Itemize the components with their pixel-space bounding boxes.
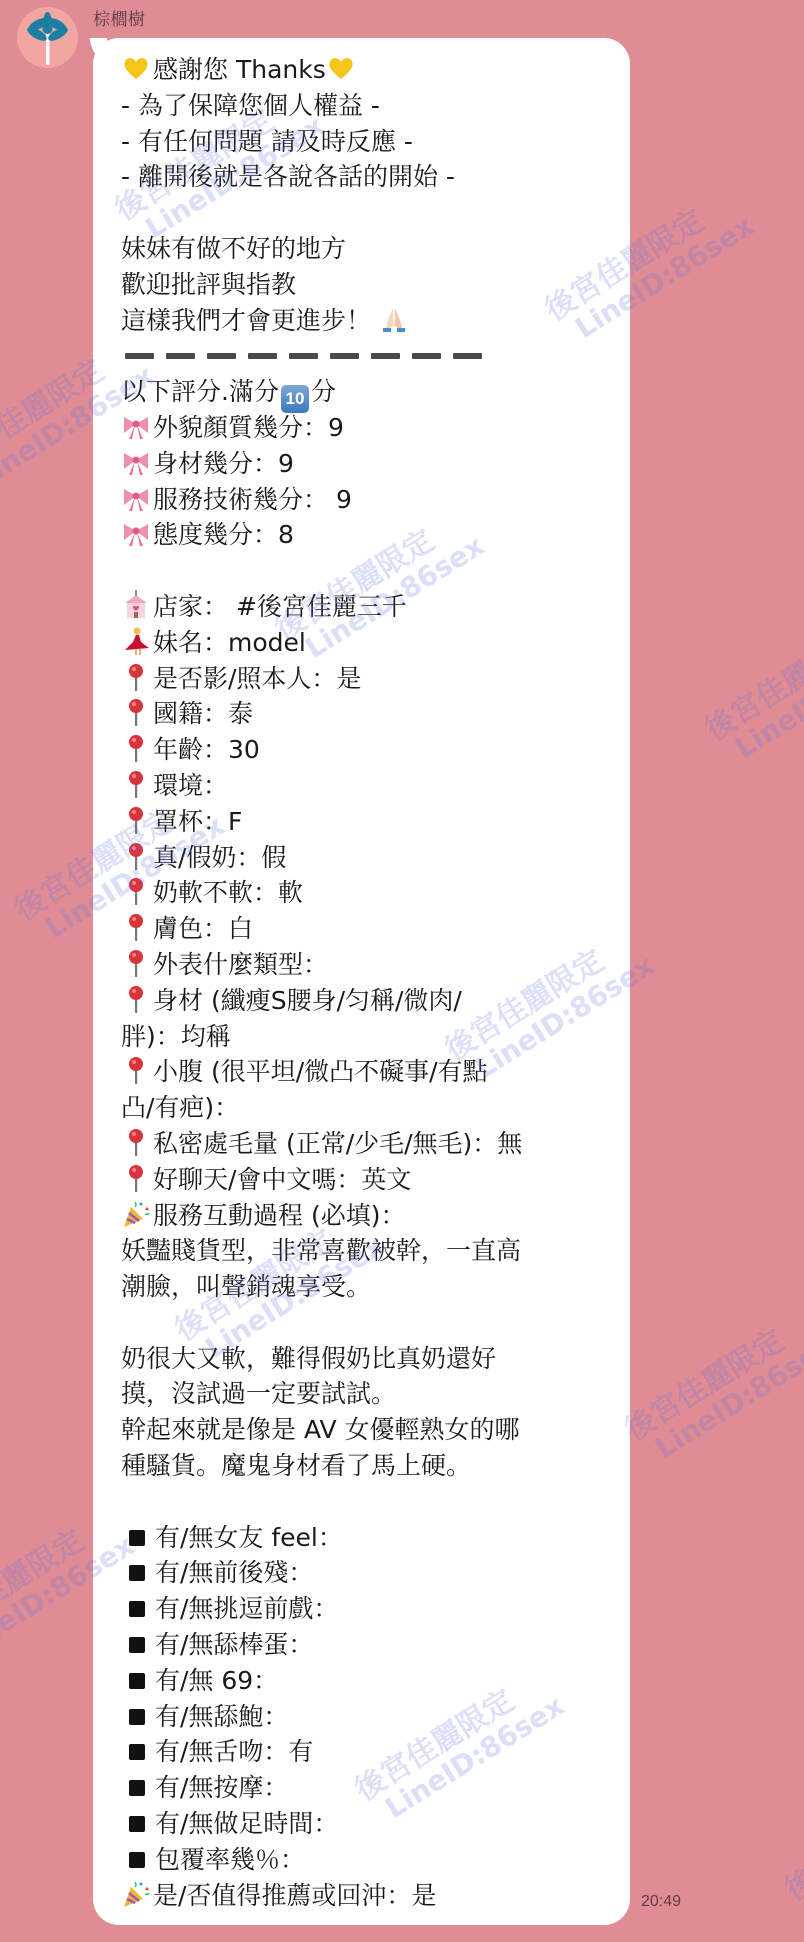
sender-name: 棕櫚樹 [93,5,146,30]
profile-item-continued: 凸/有疤)： [121,1090,618,1126]
pushpin-icon [121,1055,151,1085]
black-square-icon [129,1530,145,1546]
checklist-item: 有/無 69： [121,1663,618,1699]
message-title-line: 感謝您 Thanks [121,52,618,88]
header-line: - 有任何問題 請及時反應 - [121,124,618,160]
checklist-item: 包覆率幾％： [121,1842,618,1878]
profile-item: 私密處毛量 (正常/少毛/無毛)：無 [121,1126,618,1162]
feedback-text: 這樣我們才會更進步！ [121,306,371,335]
pushpin-icon [121,1163,151,1193]
avatar[interactable] [17,7,78,68]
service-title: 服務互動過程 (必填)： [121,1198,618,1234]
pushpin-icon [121,876,151,906]
checklist-item: 有/無舔鮑： [121,1699,618,1735]
watermark: 後宮佳麗限定LineID:86sex [780,1763,804,1931]
service-text: 潮臉，叫聲銷魂享受。 [121,1269,618,1305]
rating-intro: 以下評分.滿分10分 [121,374,618,410]
profile-item: 是否影/照本人：是 [121,661,618,697]
profile-item: 奶軟不軟：軟 [121,875,618,911]
pushpin-icon [121,984,151,1014]
pushpin-icon [121,805,151,835]
blank-line [121,1484,618,1520]
feedback-line: 妹妹有做不好的地方 [121,231,618,267]
blank-line [121,195,618,231]
pushpin-icon [121,697,151,727]
rating-item: 身材幾分：9 [121,446,618,482]
black-square-icon [129,1601,145,1617]
dancer-icon [121,626,151,656]
service-text: 妖豔賤貨型，非常喜歡被幹，一直高 [121,1233,618,1269]
blank-line [121,1305,618,1341]
service-text: 幹起來就是像是 AV 女優輕熟女的哪 [121,1412,618,1448]
profile-item: 真/假奶：假 [121,840,618,876]
rating-item: 外貌顏質幾分：9 [121,410,618,446]
pushpin-icon [121,733,151,763]
pushpin-icon [121,769,151,799]
ribbon-icon [121,411,151,441]
recommend-line: 是/否值得推薦或回沖：是 [121,1878,618,1914]
black-square-icon [129,1744,145,1760]
feedback-line: 歡迎批評與指教 [121,267,618,303]
ribbon-icon [121,483,151,513]
palm-tree-icon [17,7,78,68]
rating-item: 服務技術幾分： 9 [121,482,618,518]
pushpin-icon [121,912,151,942]
checklist-item: 有/無挑逗前戲： [121,1591,618,1627]
black-square-icon [129,1565,145,1581]
profile-item: 身材 (纖瘦S腰身/匀稱/微肉/ [121,983,618,1019]
ribbon-icon [121,447,151,477]
black-square-icon [129,1637,145,1653]
profile-item: 國籍：泰 [121,696,618,732]
pushpin-icon [121,662,151,692]
watermark: 後宮佳麗限定LineID:86sex [620,1303,804,1471]
profile-item: 膚色：白 [121,911,618,947]
profile-item: 環境： [121,768,618,804]
yellow-heart-icon [326,53,356,83]
profile-item: 外表什麼類型： [121,947,618,983]
profile-item: 好聊天/會中文嗎：英文 [121,1162,618,1198]
party-popper-icon [121,1879,151,1909]
black-square-icon [129,1852,145,1868]
profile-item: 罩杯：F [121,804,618,840]
black-square-icon [129,1816,145,1832]
yellow-heart-icon [121,53,151,83]
header-line: - 離開後就是各說各話的開始 - [121,159,618,195]
watermark: 後宮佳麗限定LineID:86sex [700,603,804,771]
checklist-item: 有/無按摩： [121,1770,618,1806]
checklist-item: 有/無舔棒蛋： [121,1627,618,1663]
rating-item: 態度幾分：8 [121,517,618,553]
checklist-item: 有/無舌吻：有 [121,1734,618,1770]
profile-shop: 店家： #後宮佳麗三千 [121,589,618,625]
profile-item: 小腹 (很平坦/微凸不礙事/有點 [121,1054,618,1090]
checklist-item: 有/無做足時間： [121,1806,618,1842]
pushpin-icon [121,1127,151,1157]
message-bubble[interactable]: 感謝您 Thanks - 為了保障您個人權益 - - 有任何問題 請及時反應 -… [93,38,630,1925]
party-popper-icon [121,1199,151,1229]
profile-item-continued: 胖)：均稱 [121,1019,618,1055]
divider [121,338,618,374]
service-text: 種騷貨。魔鬼身材看了馬上硬。 [121,1448,618,1484]
service-text: 摸，沒試過一定要試試。 [121,1376,618,1412]
header-line: - 為了保障您個人權益 - [121,88,618,124]
wedding-chapel-icon [121,590,151,620]
message-timestamp: 20:49 [641,1893,681,1911]
message-title: 感謝您 Thanks [153,55,326,84]
profile-item: 年齡：30 [121,732,618,768]
ribbon-icon [121,518,151,548]
service-text: 奶很大又軟，難得假奶比真奶還好 [121,1341,618,1377]
black-square-icon [129,1709,145,1725]
pushpin-icon [121,841,151,871]
black-square-icon [129,1673,145,1689]
keycap-ten-icon: 10 [281,385,309,413]
checklist-item: 有/無前後殘： [121,1555,618,1591]
blank-line [121,553,618,589]
feedback-line: 這樣我們才會更進步！ [121,303,618,339]
black-square-icon [129,1780,145,1796]
checklist-item: 有/無女友 feel： [121,1520,618,1556]
pushpin-icon [121,948,151,978]
profile-name: 妹名：model [121,625,618,661]
folded-hands-icon [379,304,409,334]
